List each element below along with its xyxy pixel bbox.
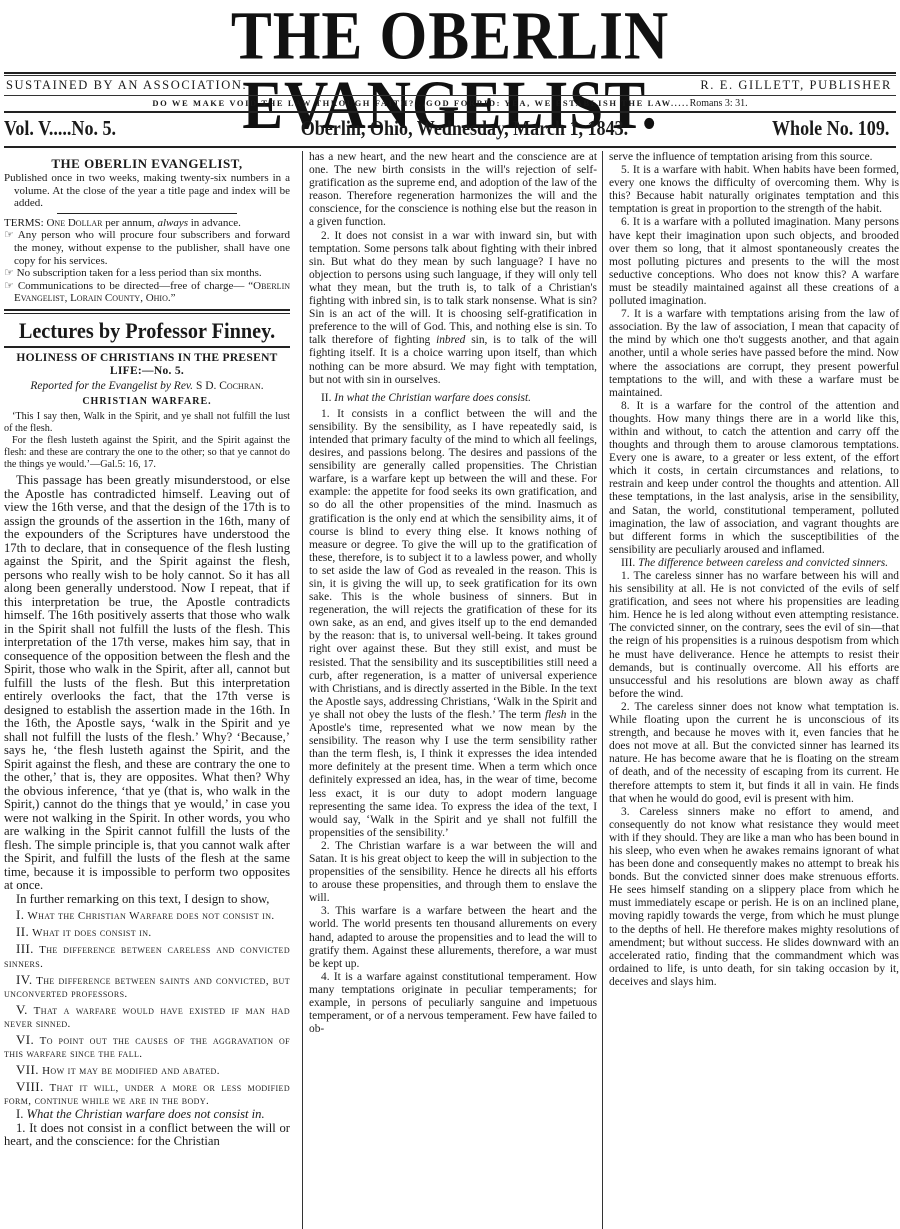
outline-item: IV. The difference between saints and co… <box>4 973 290 1001</box>
pointing-hand-icon: ☞ <box>4 228 14 241</box>
series-heading-rule <box>4 346 290 348</box>
column-3: serve the influence of temptation arisin… <box>602 151 899 1229</box>
emphasis-text: inbred <box>436 334 465 346</box>
body-paragraph-continued: serve the influence of temptation arisin… <box>609 151 899 164</box>
scripture-verse-17: For the flesh lusteth against the Spirit… <box>4 435 290 471</box>
motto-rule-top <box>4 95 896 96</box>
terms-end: in advance. <box>188 217 241 229</box>
outline-text: What the Christian Warfare does not cons… <box>27 910 274 922</box>
sustained-by-line: SUSTAINED BY AN ASSOCIATION. <box>6 78 247 93</box>
dateline-row: Vol. V.....No. 5. Oberlin, Ohio, Wednesd… <box>4 116 898 142</box>
body-paragraph-continued: has a new heart, and the new heart and t… <box>309 151 597 230</box>
prospectus-title: THE OBERLIN EVANGELIST, <box>4 157 290 170</box>
pointing-hand-icon: ☞ <box>4 266 14 279</box>
outline-num: VII. <box>16 1062 39 1077</box>
outline-text: What it does consist in. <box>32 927 152 939</box>
article-byline: Reported for the Evangelist by Rev. S D.… <box>4 380 290 393</box>
whole-number: Whole No. 109. <box>772 116 889 141</box>
paragraph-text: 1. It consists in a conflict between the… <box>309 408 597 721</box>
motto-rule-bottom <box>4 111 896 113</box>
section-1-start: I. What the Christian warfare does not c… <box>4 1108 290 1149</box>
outline-item: I. What the Christian Warfare does not c… <box>4 908 290 923</box>
motto-reference: Romans 3: 31. <box>690 98 748 109</box>
outline-text: To point out the causes of the aggravati… <box>4 1035 290 1060</box>
body-paragraph: 3. Careless sinners make no effort to am… <box>609 806 899 989</box>
section-num: I. <box>16 1107 23 1121</box>
body-paragraph: 4. It is a warfare against constitutiona… <box>309 971 597 1036</box>
byline-name: S D. Cochran. <box>196 380 264 392</box>
article-title: HOLINESS OF CHRISTIANS IN THE PRESENT LI… <box>4 352 290 378</box>
outline-item: VII. How it may be modified and abated. <box>4 1063 290 1078</box>
body-paragraph: 1. It consists in a conflict between the… <box>309 408 597 840</box>
pointing-hand-icon: ☞ <box>4 279 14 292</box>
terms-always: always <box>157 217 188 229</box>
outline-item: V. That a warfare would have existed if … <box>4 1003 290 1031</box>
terms-price: One Dollar <box>46 217 102 229</box>
article-intro: This passage has been greatly misunderst… <box>4 474 290 906</box>
series-heading: Lectures by Professor Finney. <box>15 318 278 344</box>
outline-text: The difference between careless and conv… <box>4 944 290 969</box>
prospectus-terms: TERMS: One Dollar per annum, always in a… <box>4 217 290 230</box>
scripture-text: ‘This I say then, Walk in the Spirit, an… <box>4 411 290 471</box>
prospectus-notice-3: ☞ Communications to be directed—free of … <box>4 280 290 305</box>
notice-1-text: Any person who will procure four subscri… <box>14 229 290 266</box>
column-2: has a new heart, and the new heart and t… <box>302 151 597 1229</box>
intro-paragraph: In further remarking on this text, I des… <box>4 893 290 907</box>
prospectus-notice-1: ☞ Any person who will procure four subsc… <box>4 229 290 267</box>
subhead-row: SUSTAINED BY AN ASSOCIATION. R. E. GILLE… <box>4 78 892 94</box>
publisher-line: R. E. GILLETT, PUBLISHER <box>700 78 892 93</box>
outline-num: III. <box>16 941 34 956</box>
intro-paragraph: This passage has been greatly misunderst… <box>4 474 290 893</box>
scripture-verse-16: ‘This I say then, Walk in the Spirit, an… <box>4 411 290 435</box>
body-paragraph: 2. It does not consist in a war with inw… <box>309 230 597 387</box>
article-subject: CHRISTIAN WARFARE. <box>4 395 290 408</box>
emphasis-text: flesh <box>545 709 567 721</box>
outline-num: VIII. <box>16 1079 44 1094</box>
body-paragraph: 2. The Christian warfare is a war betwee… <box>309 840 597 905</box>
columns: THE OBERLIN EVANGELIST, Published once i… <box>2 151 898 1229</box>
outline-item: VIII. That it will, under a more or less… <box>4 1080 290 1108</box>
notice-2-text: No subscription taken for a less period … <box>17 267 262 279</box>
paragraph-text: 2. It does not consist in a war with inw… <box>309 230 597 347</box>
prospectus-divider <box>57 213 237 214</box>
prospectus-box: THE OBERLIN EVANGELIST, Published once i… <box>4 157 290 305</box>
outline-text: That it will, under a more or less modif… <box>4 1082 290 1107</box>
body-paragraph: 6. It is a warfare with a polluted imagi… <box>609 216 899 308</box>
article-outline: I. What the Christian Warfare does not c… <box>4 908 290 1108</box>
outline-num: VI. <box>16 1032 34 1047</box>
section-heading: I. What the Christian warfare does not c… <box>4 1108 290 1122</box>
section-heading-text: The difference between careless and conv… <box>638 557 888 569</box>
terms-label: TERMS: <box>4 217 44 229</box>
outline-item: VI. To point out the causes of the aggra… <box>4 1033 290 1061</box>
section-heading: II. In what the Christian warfare does c… <box>309 392 597 405</box>
paragraph-text: in the Apostle's time, represented what … <box>309 709 597 839</box>
section-num: II. <box>321 392 331 404</box>
body-paragraph: 7. It is a warfare with temptations aris… <box>609 308 899 400</box>
outline-text: The difference between saints and convic… <box>4 975 290 1000</box>
outline-item: II. What it does consist in. <box>4 925 290 940</box>
motto-line: DO WE MAKE VOID THE LAW THROUGH FAITH?..… <box>0 98 900 109</box>
body-paragraph: 2. The careless sinner does not know wha… <box>609 701 899 806</box>
volume-number: Vol. V.....No. 5. <box>4 116 116 141</box>
terms-mid: per annum, <box>102 217 157 229</box>
prospectus-published: Published once in two weeks, making twen… <box>4 172 290 210</box>
masthead-rule-top-thin <box>4 75 896 76</box>
notice-3-text: Communications to be directed—free of ch… <box>18 280 245 292</box>
masthead-rule-top <box>4 72 896 74</box>
body-paragraph: 1. It does not consist in a conflict bet… <box>4 1122 290 1149</box>
section-heading-text: What the Christian warfare does not cons… <box>27 1107 265 1121</box>
section-heading-text: In what the Christian warfare does consi… <box>334 392 531 404</box>
body-paragraph: 1. The careless sinner has no warfare be… <box>609 570 899 701</box>
prospectus-bottom-rule <box>4 309 290 314</box>
dateline: Oberlin, Ohio, Wednesday, March 1, 1843. <box>301 116 628 141</box>
body-paragraph: 5. It is a warfare with habit. When habi… <box>609 164 899 216</box>
outline-num: I. <box>16 907 24 922</box>
motto-text: DO WE MAKE VOID THE LAW THROUGH FAITH?..… <box>152 98 689 108</box>
dateline-rule <box>4 146 896 148</box>
column-1: THE OBERLIN EVANGELIST, Published once i… <box>4 151 290 1229</box>
section-num: III. <box>621 557 635 569</box>
outline-num: V. <box>16 1002 28 1017</box>
body-paragraph: 3. This warfare is a warfare between the… <box>309 905 597 970</box>
outline-item: III. The difference between careless and… <box>4 942 290 970</box>
outline-num: II. <box>16 924 29 939</box>
outline-text: That a warfare would have existed if man… <box>4 1005 290 1030</box>
body-paragraph: 8. It is a warfare for the control of th… <box>609 400 899 557</box>
section-heading: III. The difference between careless and… <box>609 557 899 570</box>
outline-num: IV. <box>16 972 33 987</box>
prospectus-notice-2: ☞ No subscription taken for a less perio… <box>4 267 290 280</box>
outline-text: How it may be modified and abated. <box>42 1065 220 1077</box>
byline-prefix: Reported for the Evangelist by Rev. <box>30 380 193 392</box>
